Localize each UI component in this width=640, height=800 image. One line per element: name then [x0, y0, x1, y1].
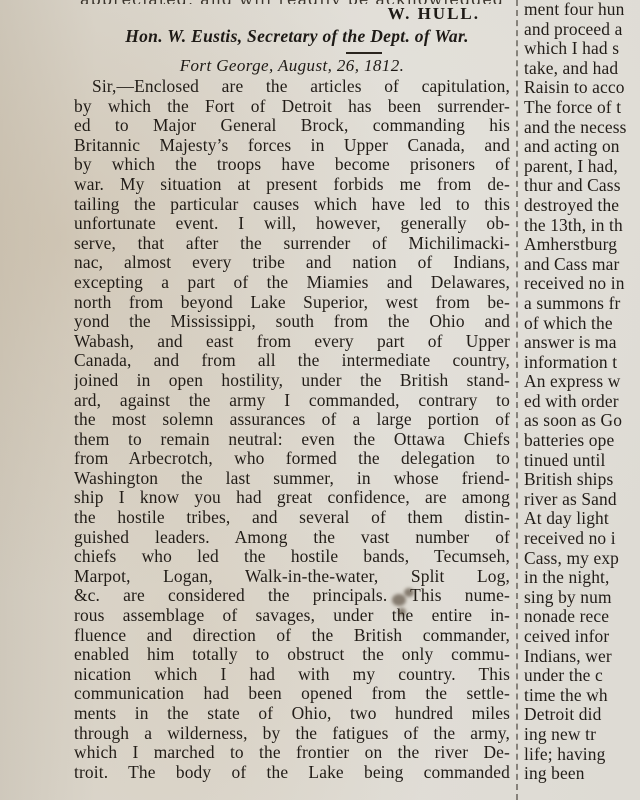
right-column-line: Indians, wer — [524, 647, 640, 667]
right-column-line: river as Sand — [524, 490, 640, 510]
right-column-line: take, and had — [524, 59, 640, 79]
right-column-line: received no in — [524, 274, 640, 294]
section-rule — [346, 52, 382, 54]
body-line: them to remain neutral: even the Ottawa … — [74, 430, 510, 450]
right-column-line: Detroit did — [524, 705, 640, 725]
letter-addressee: Hon. W. Eustis, Secretary of the Dept. o… — [82, 26, 512, 47]
right-column-line: which I had s — [524, 39, 640, 59]
right-column-line: time the wh — [524, 686, 640, 706]
body-line: the most solemn assurances of a large po… — [74, 410, 510, 430]
body-line: serve, that after the surrender of Michi… — [74, 234, 510, 254]
column-divider — [516, 0, 518, 800]
body-line: Wabash, and east from every part of Uppe… — [74, 332, 510, 352]
right-column-line: a summons fr — [524, 294, 640, 314]
body-line: ard, against the army I commanded, contr… — [74, 391, 510, 411]
body-line: nication which I had with my country. Th… — [74, 665, 510, 685]
right-column-line: answer is ma — [524, 333, 640, 353]
ink-stain — [404, 588, 414, 597]
body-line: nac, almost every tribe and nation of In… — [74, 253, 510, 273]
right-column-line: Raisin to acco — [524, 78, 640, 98]
right-column-line: and Cass mar — [524, 255, 640, 275]
body-line: excepting a part of the Miamies and Dela… — [74, 273, 510, 293]
body-line: communication had been opened from the s… — [74, 684, 510, 704]
right-column-line: and the necess — [524, 118, 640, 138]
body-line: which I marched to the frontier on the r… — [74, 743, 510, 763]
right-column-line: thur and Cass — [524, 176, 640, 196]
right-column-line: British ships — [524, 470, 640, 490]
body-line: ed to Major General Brock, commanding hi… — [74, 116, 510, 136]
right-column-line: tinued until — [524, 451, 640, 471]
right-column-line: the 13th, in th — [524, 216, 640, 236]
body-line: ments in the state of Ohio, two hundred … — [74, 704, 510, 724]
right-column-line: life; having — [524, 745, 640, 765]
body-line: joined in open hostility, under the Brit… — [74, 371, 510, 391]
letter-dateline: Fort George, August, 26, 1812. — [74, 56, 510, 76]
right-column-line: ceived infor — [524, 627, 640, 647]
right-column-line: and proceed a — [524, 20, 640, 40]
letter-signature: W. HULL. — [388, 4, 480, 24]
right-column-line: ing new tr — [524, 725, 640, 745]
body-line: Sir,—Enclosed are the articles of capitu… — [74, 77, 510, 97]
body-line: Canada, and from all the intermediate co… — [74, 351, 510, 371]
body-line: war. My situation at present forbids me … — [74, 175, 510, 195]
letter-body: Sir,—Enclosed are the articles of capitu… — [74, 77, 510, 782]
right-column-line: At day light — [524, 509, 640, 529]
right-column-line: Amherstburg — [524, 235, 640, 255]
body-line: troit. The body of the Lake being comman… — [74, 763, 510, 783]
right-column-line: An express w — [524, 372, 640, 392]
body-line: fluence and direction of the British com… — [74, 626, 510, 646]
body-line: by which the troops have become prisoner… — [74, 155, 510, 175]
right-column-line: parent, I had, — [524, 157, 640, 177]
body-line: enabled him totally to obstruct the only… — [74, 645, 510, 665]
right-column-line: batteries ope — [524, 431, 640, 451]
body-line: the hostile tribes, and several of them … — [74, 508, 510, 528]
right-column-line: of which the — [524, 314, 640, 334]
body-line: yond the Mississippi, south from the Ohi… — [74, 312, 510, 332]
right-column-line: ing been — [524, 764, 640, 784]
body-line: north from beyond Lake Superior, west fr… — [74, 293, 510, 313]
body-line: through a wilderness, by the fatigues of… — [74, 724, 510, 744]
right-column-line: and acting on — [524, 137, 640, 157]
body-line: tailing the particular causes which have… — [74, 195, 510, 215]
right-column-line: as soon as Go — [524, 411, 640, 431]
right-column-line: sing by num — [524, 588, 640, 608]
body-line: Washington the last summer, in whose fri… — [74, 469, 510, 489]
right-column-line: received no i — [524, 529, 640, 549]
right-column-line: destroyed the — [524, 196, 640, 216]
body-line: chiefs who led the hostile bands, Tecums… — [74, 547, 510, 567]
right-column-line: The force of t — [524, 98, 640, 118]
body-line: guished leaders. Among the vast number o… — [74, 528, 510, 548]
right-column-line: Cass, my exp — [524, 549, 640, 569]
body-line: by which the Fort of Detroit has been su… — [74, 97, 510, 117]
right-column-line: ment four hun — [524, 0, 640, 20]
right-column-line: information t — [524, 353, 640, 373]
ink-stain — [392, 594, 406, 606]
right-column-line: in the night, — [524, 568, 640, 588]
right-column-line: nonade rece — [524, 607, 640, 627]
newspaper-page: appreciated, and will readily be acknowl… — [0, 0, 640, 800]
right-column-line: ed with order — [524, 392, 640, 412]
body-line: unfortunate event. I will, however, gene… — [74, 214, 510, 234]
body-line: Britannic Majesty’s forces in Upper Cana… — [74, 136, 510, 156]
right-column-line: under the c — [524, 666, 640, 686]
body-line: rous assemblage of savages, under the en… — [74, 606, 510, 626]
body-line: Marpot, Logan, Walk-in-the-water, Split … — [74, 567, 510, 587]
body-line: &c. are considered the principals. This … — [74, 586, 510, 606]
body-line: ship I know you had great confidence, ar… — [74, 488, 510, 508]
body-line: from Arbecrotch, who formed the delegati… — [74, 449, 510, 469]
ink-stain — [398, 608, 406, 616]
right-column: ment four hun and proceed a which I had … — [524, 0, 640, 784]
